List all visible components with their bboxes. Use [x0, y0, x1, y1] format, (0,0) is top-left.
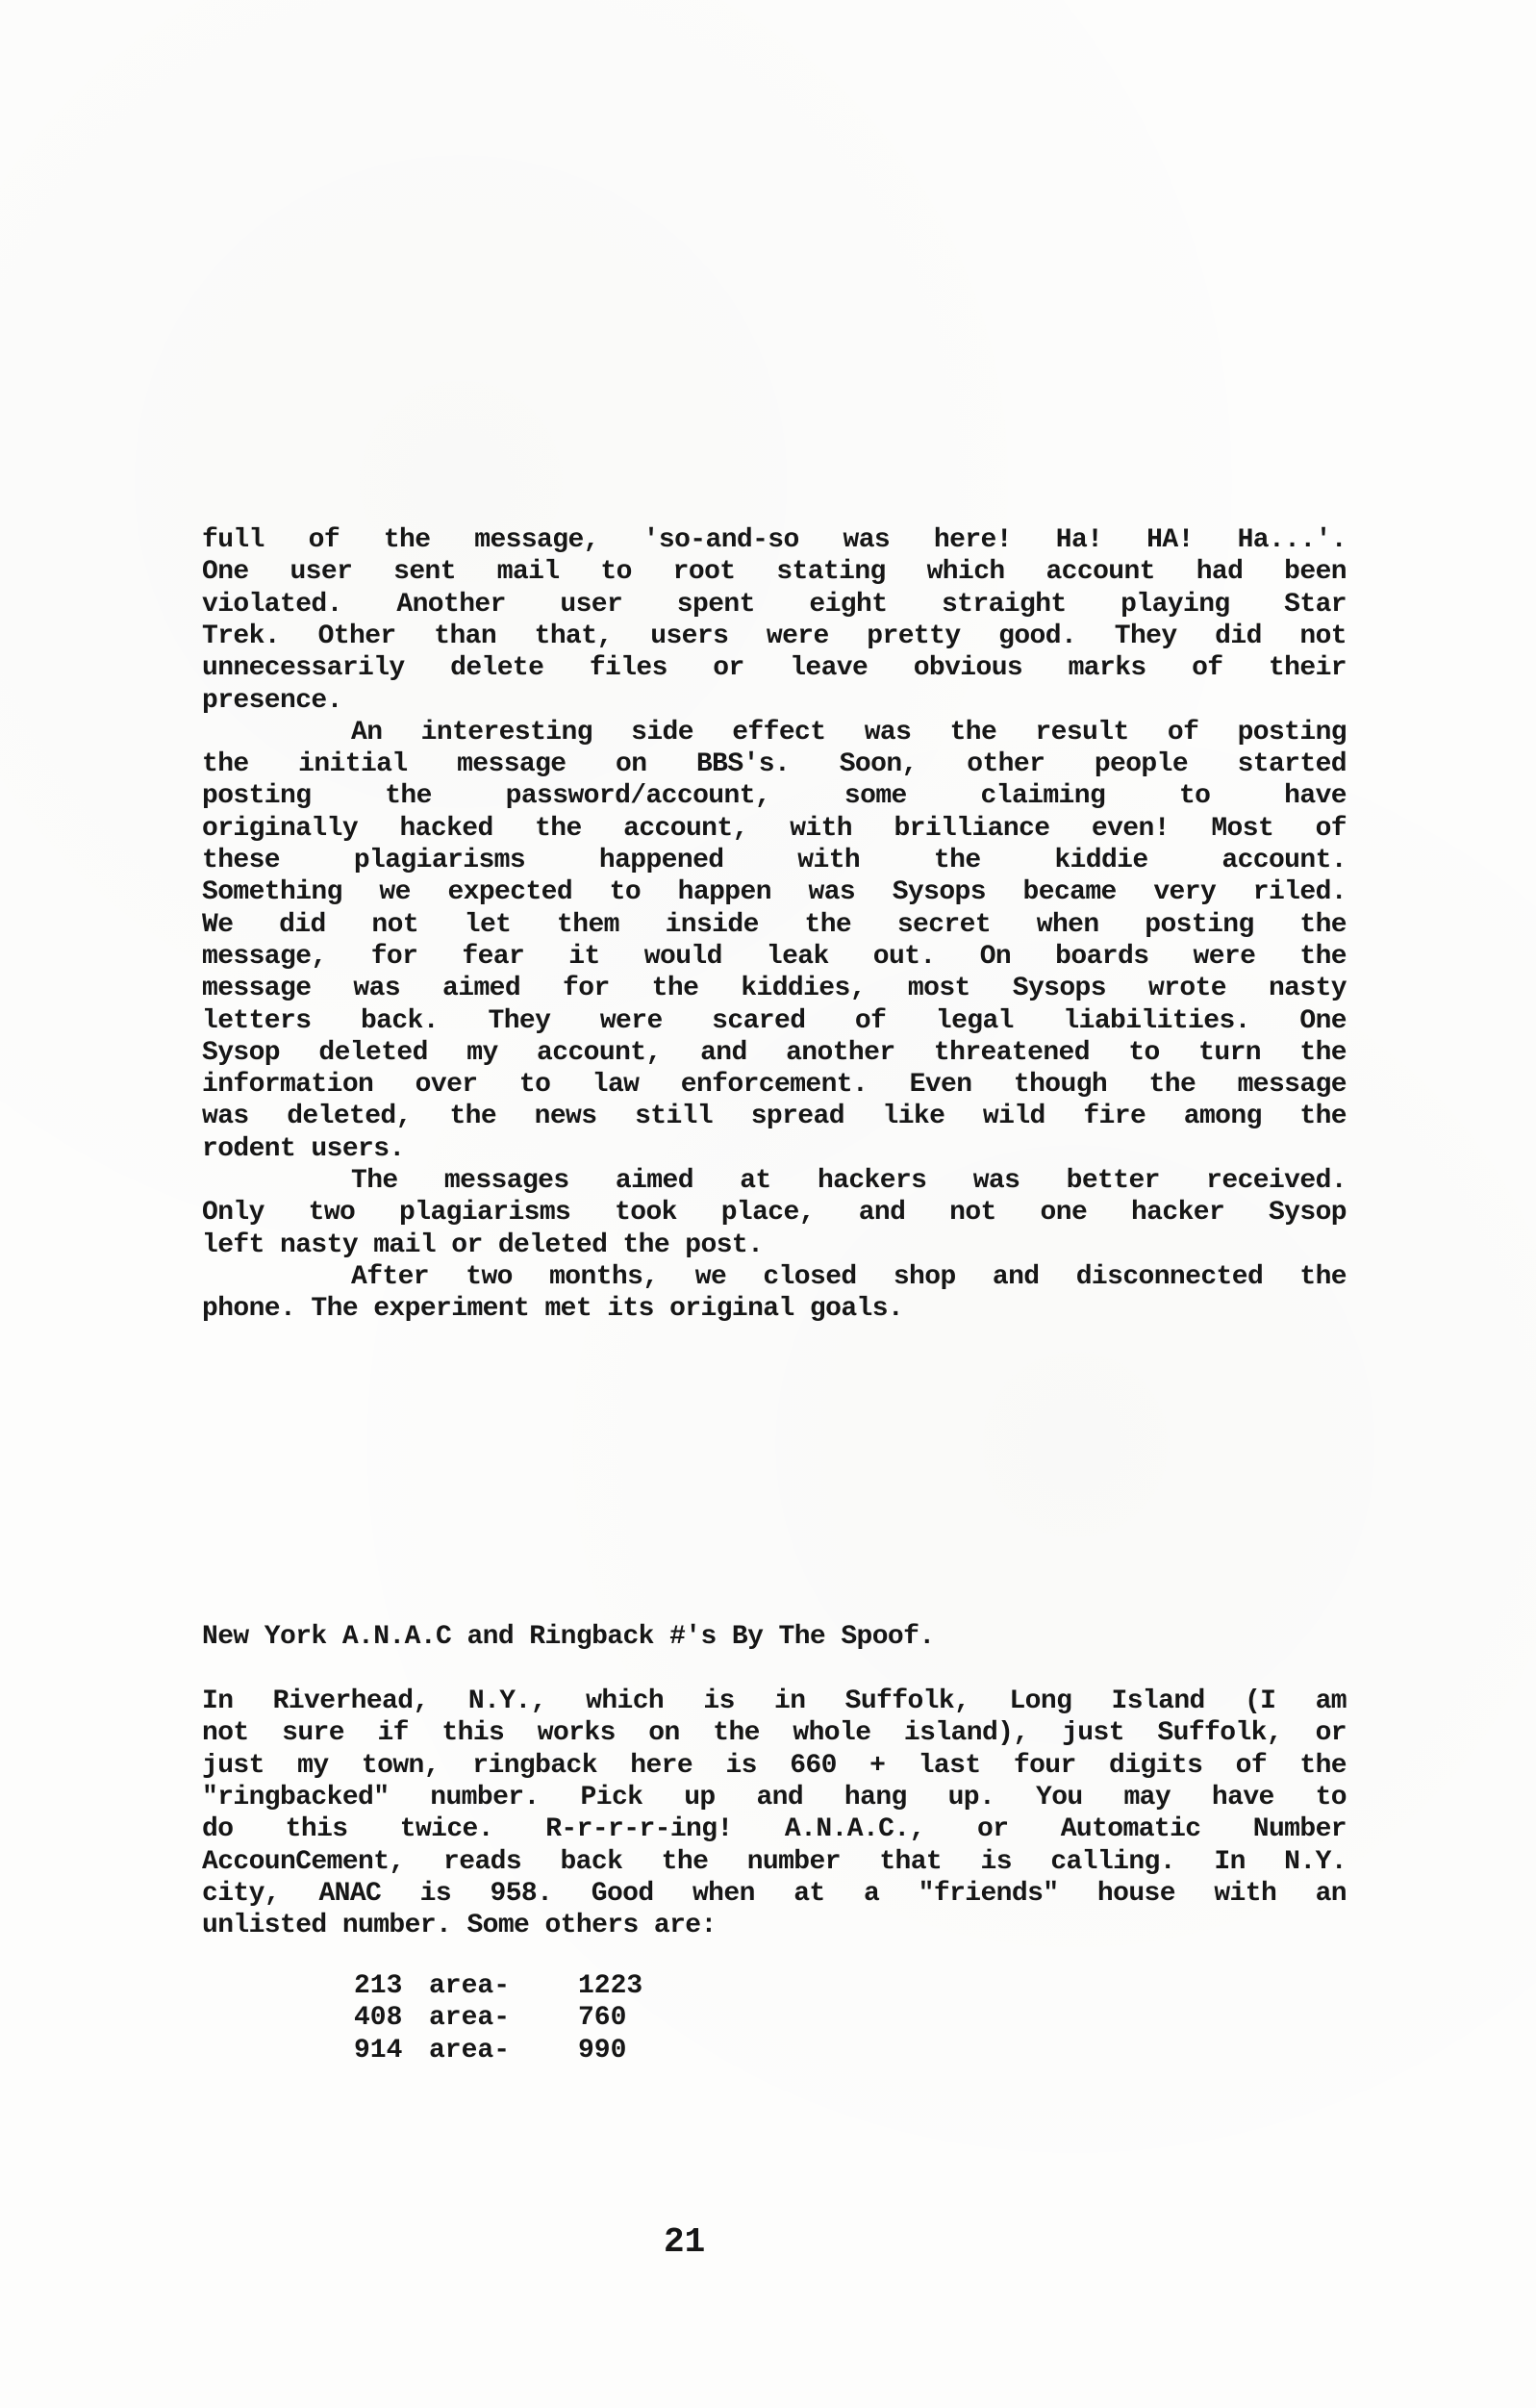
text-line: posting the password/account, some claim…: [202, 780, 1347, 812]
text-line: originally hacked the account, with bril…: [202, 813, 1347, 845]
text-line: We did not let them inside the secret wh…: [202, 909, 1347, 941]
text-line: not sure if this works on the whole isla…: [202, 1717, 1347, 1749]
text-line: information over to law enforcement. Eve…: [202, 1069, 1347, 1101]
text-line: city, ANAC is 958. Good when at a "frien…: [202, 1878, 1347, 1910]
area-code: 914: [354, 2035, 429, 2066]
text-line: rodent users.: [202, 1133, 1347, 1165]
text-line: the initial message on BBS's. Soon, othe…: [202, 748, 1347, 780]
text-line: Trek. Other than that, users were pretty…: [202, 621, 1347, 652]
text-line: was deleted, the news still spread like …: [202, 1101, 1347, 1132]
text-line: Only two plagiarisms took place, and not…: [202, 1197, 1347, 1229]
article-title: New York A.N.A.C and Ringback #'s By The…: [202, 1621, 1347, 1653]
area-code-row: 914area-990: [354, 2035, 626, 2066]
text-line: The messages aimed at hackers was better…: [202, 1165, 1347, 1197]
text-line: After two months, we closed shop and dis…: [202, 1261, 1347, 1293]
area-code-row: 408area-760: [354, 2002, 626, 2034]
page-number: 21: [664, 2222, 705, 2262]
text-line: "ringbacked" number. Pick up and hang up…: [202, 1782, 1347, 1813]
anac-number: 760: [578, 2003, 626, 2033]
text-line: One user sent mail to root stating which…: [202, 556, 1347, 588]
text-line: full of the message, 'so-and-so was here…: [202, 524, 1347, 556]
text-line: phone. The experiment met its original g…: [202, 1293, 1347, 1325]
area-label: area-: [429, 2035, 578, 2066]
text-line: just my town, ringback here is 660 + las…: [202, 1750, 1347, 1782]
anac-number: 1223: [578, 1971, 642, 2001]
area-code: 213: [354, 1970, 429, 2002]
text-line: message was aimed for the kiddies, most …: [202, 973, 1347, 1004]
text-line: unlisted number. Some others are:: [202, 1910, 1347, 1941]
text-line: presence.: [202, 685, 1347, 717]
text-line: left nasty mail or deleted the post.: [202, 1229, 1347, 1261]
text-line: letters back. They were scared of legal …: [202, 1005, 1347, 1037]
anac-number: 990: [578, 2036, 626, 2066]
text-line: An interesting side effect was the resul…: [202, 717, 1347, 748]
text-line: message, for fear it would leak out. On …: [202, 941, 1347, 973]
area-code-row: 213area-1223: [354, 1970, 642, 2002]
text-line: do this twice. R-r-r-r-ing! A.N.A.C., or…: [202, 1813, 1347, 1845]
text-line: unnecessarily delete files or leave obvi…: [202, 652, 1347, 684]
text-line: Sysop deleted my account, and another th…: [202, 1037, 1347, 1069]
text-line: Something we expected to happen was Syso…: [202, 876, 1347, 908]
text-line: violated. Another user spent eight strai…: [202, 589, 1347, 621]
text-line: these plagiarisms happened with the kidd…: [202, 845, 1347, 876]
text-line: In Riverhead, N.Y., which is in Suffolk,…: [202, 1686, 1347, 1717]
area-label: area-: [429, 1970, 578, 2002]
area-code: 408: [354, 2002, 429, 2034]
text-line: AccounCement, reads back the number that…: [202, 1846, 1347, 1878]
area-label: area-: [429, 2002, 578, 2034]
